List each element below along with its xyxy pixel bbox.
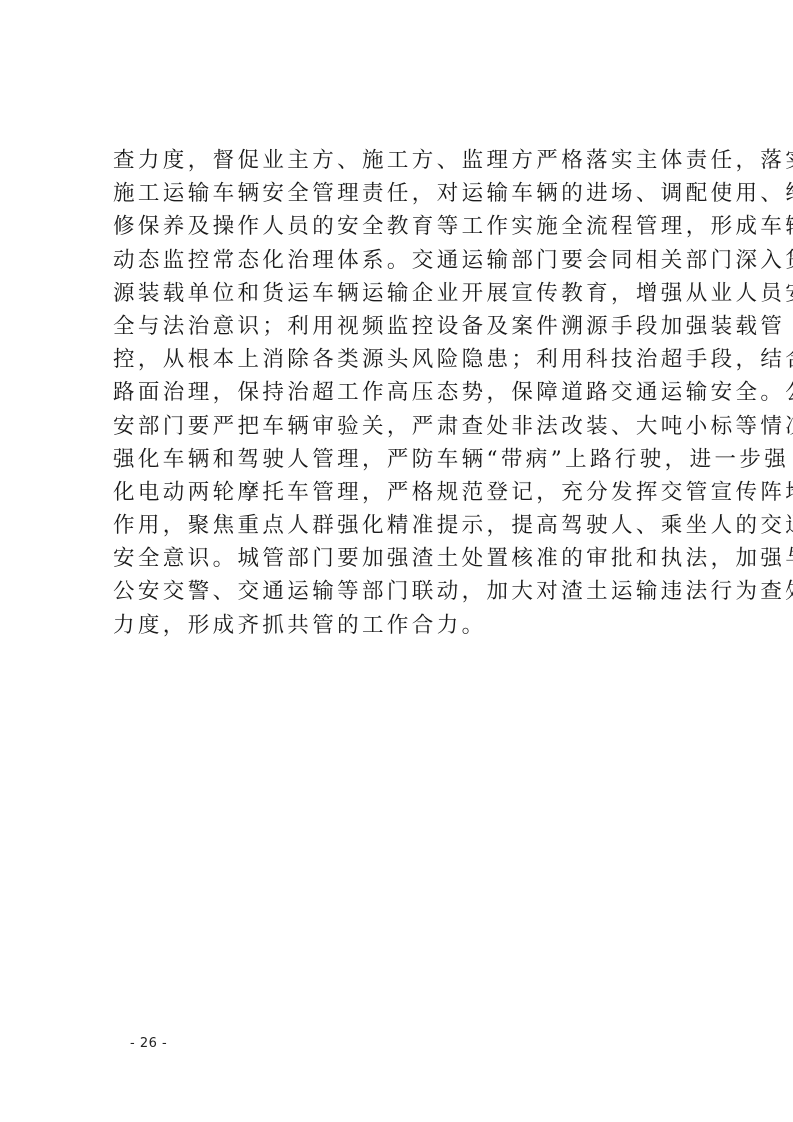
text-line-last: 力度，形成齐抓共管的工作合力。 <box>113 609 693 642</box>
text-line: 公安交警、交通运输等部门联动，加大对渣土运输违法行为查处 <box>113 575 693 608</box>
text-line: 强化车辆和驾驶人管理，严防车辆“带病”上路行驶，进一步强 <box>113 443 693 476</box>
text-line: 动态监控常态化治理体系。交通运输部门要会同相关部门深入货 <box>113 244 693 277</box>
text-line: 查力度，督促业主方、施工方、监理方严格落实主体责任，落实 <box>113 144 693 177</box>
text-line: 化电动两轮摩托车管理，严格规范登记，充分发挥交管宣传阵地 <box>113 476 693 509</box>
text-line: 作用，聚焦重点人群强化精准提示，提高驾驶人、乘坐人的交通 <box>113 509 693 542</box>
text-line: 源装载单位和货运车辆运输企业开展宣传教育，增强从业人员安 <box>113 277 693 310</box>
text-line: 施工运输车辆安全管理责任，对运输车辆的进场、调配使用、维 <box>113 177 693 210</box>
document-page: 查力度，督促业主方、施工方、监理方严格落实主体责任，落实 施工运输车辆安全管理责… <box>0 0 793 1122</box>
text-line: 全与法治意识；利用视频监控设备及案件溯源手段加强装载管 <box>113 310 693 343</box>
text-line: 安部门要严把车辆审验关，严肃查处非法改装、大吨小标等情况， <box>113 410 693 443</box>
page-number: - 26 - <box>130 1036 167 1051</box>
body-paragraph: 查力度，督促业主方、施工方、监理方严格落实主体责任，落实 施工运输车辆安全管理责… <box>113 144 693 642</box>
text-line: 控，从根本上消除各类源头风险隐患；利用科技治超手段，结合 <box>113 343 693 376</box>
text-line: 修保养及操作人员的安全教育等工作实施全流程管理，形成车辆 <box>113 210 693 243</box>
text-line: 路面治理，保持治超工作高压态势，保障道路交通运输安全。公 <box>113 376 693 409</box>
text-line: 安全意识。城管部门要加强渣土处置核准的审批和执法，加强与 <box>113 542 693 575</box>
